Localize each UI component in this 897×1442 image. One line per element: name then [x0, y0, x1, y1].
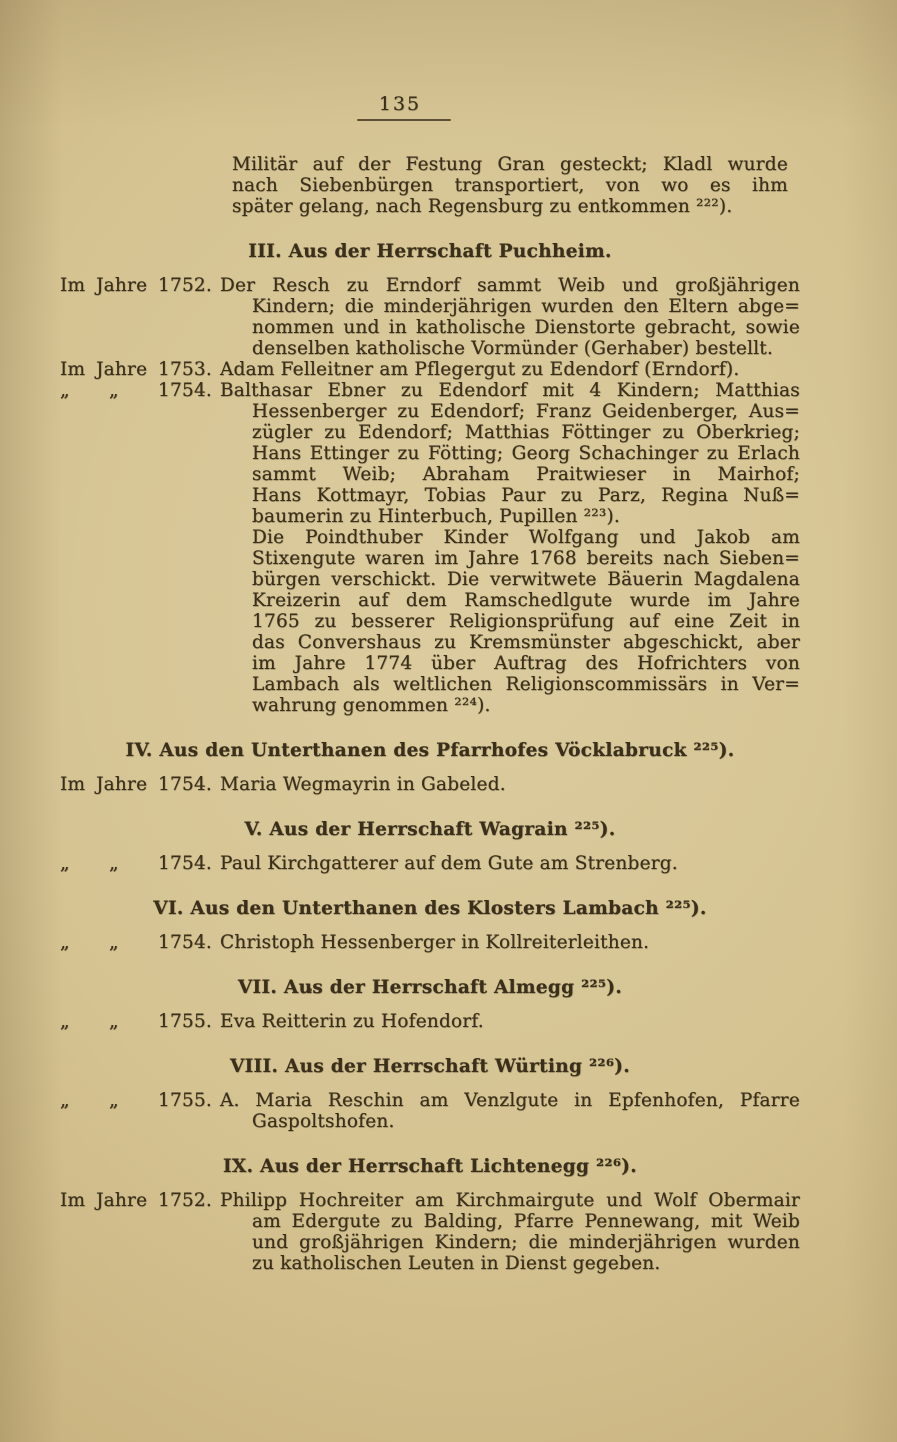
entry-label-word: 1755. [158, 1011, 212, 1032]
text-block: 135 Militär auf der Festung Gran gesteck… [60, 94, 800, 1274]
entry-label-word: „ [109, 853, 119, 874]
text-line: Eva Reitterin zu Hofendorf. [220, 1011, 800, 1032]
entry-text: Maria Wegmayrin in Gabeled. [220, 774, 800, 795]
entry-label-word: „ [60, 380, 70, 401]
text-line: und großjährigen Kindern; die minderjähr… [220, 1232, 800, 1253]
entry-year-label: ImJahre1754. [60, 774, 212, 795]
text-line: Hans Kottmayr, Tobias Paur zu Parz, Regi… [220, 485, 800, 506]
page-number: 135 [379, 94, 421, 115]
text-line: zu katholischen Leuten in Dienst gegeben… [220, 1253, 800, 1274]
register-section: III. Aus der Herrschaft Puchheim.ImJahre… [60, 241, 800, 716]
text-line: bürgen verschickt. Die verwitwete Bäueri… [220, 569, 800, 590]
entry-label-word: „ [60, 932, 70, 953]
entry-label-word: 1752. [158, 275, 212, 296]
ink-speck [308, 988, 312, 992]
entry-paragraph: Maria Wegmayrin in Gabeled. [220, 774, 800, 795]
entry-text: Paul Kirchgatterer auf dem Gute am Stren… [220, 853, 800, 874]
entry-year-label: „„1755. [60, 1090, 212, 1111]
register-section: V. Aus der Herrschaft Wagrain ²²⁵).„„175… [60, 819, 800, 874]
text-line: Christoph Hessenberger in Kollreiterleit… [220, 932, 800, 953]
entry-text: A. Maria Reschin am Venzlgute in Epfenho… [220, 1090, 800, 1132]
entry-label-word: 1754. [158, 380, 212, 401]
text-line: sammt Weib; Abraham Praitwieser in Mairh… [220, 464, 800, 485]
entry-text: Eva Reitterin zu Hofendorf. [220, 1011, 800, 1032]
text-line: Die Poindthuber Kinder Wolfgang und Jako… [220, 527, 800, 548]
entry-year-label: „„1754. [60, 380, 212, 401]
entry-label-word: Jahre [96, 774, 147, 795]
entry-text: Christoph Hessenberger in Kollreiterleit… [220, 932, 800, 953]
entry-text: Adam Felleitner am Pflegergut zu Edendor… [220, 359, 800, 380]
scanned-book-page: 135 Militär auf der Festung Gran gesteck… [0, 0, 897, 1442]
entry-label-word: 1755. [158, 1090, 212, 1111]
entry-label-word: Im [60, 359, 85, 380]
text-line: Paul Kirchgatterer auf dem Gute am Stren… [220, 853, 800, 874]
text-line: 1765 zu besserer Religionsprüfung auf ei… [220, 611, 800, 632]
intro-paragraph: Militär auf der Festung Gran gesteckt; K… [232, 154, 788, 217]
register-entry: ImJahre1752.Der Resch zu Erndorf sammt W… [60, 275, 800, 359]
entry-label-word: 1754. [158, 932, 212, 953]
entry-paragraph: Die Poindthuber Kinder Wolfgang und Jako… [220, 527, 800, 716]
text-line: Lambach als weltlichen Religionscommissä… [220, 674, 800, 695]
text-line: Hessenberger zu Edendorf; Franz Geidenbe… [220, 401, 800, 422]
text-line: Gaspoltshofen. [220, 1111, 800, 1132]
register-section: VI. Aus den Unterthanen des Klosters Lam… [60, 898, 800, 953]
entry-label-word: „ [109, 1011, 119, 1032]
page-header: 135 [60, 94, 800, 121]
entry-label-word: „ [109, 380, 119, 401]
text-line: am Edergute zu Balding, Pfarre Pennewang… [220, 1211, 800, 1232]
section-heading: IV. Aus den Unterthanen des Pfarrhofes V… [60, 740, 800, 761]
text-line: denselben katholische Vormünder (Gerhabe… [220, 338, 800, 359]
intro-line: später gelang, nach Regensburg zu entkom… [232, 196, 788, 217]
entry-year-label: „„1754. [60, 932, 212, 953]
text-line: Maria Wegmayrin in Gabeled. [220, 774, 800, 795]
entry-label-word: 1752. [158, 1190, 212, 1211]
register-entry: „„1754.Christoph Hessenberger in Kollrei… [60, 932, 800, 953]
entry-label-word: Im [60, 1190, 85, 1211]
text-line: Kreizerin auf dem Ramschedlgute wurde im… [220, 590, 800, 611]
section-heading: VI. Aus den Unterthanen des Klosters Lam… [60, 898, 800, 919]
entry-text: Der Resch zu Erndorf sammt Weib und groß… [220, 275, 800, 359]
entry-label-word: „ [60, 853, 70, 874]
entry-paragraph: Adam Felleitner am Pflegergut zu Edendor… [220, 359, 800, 380]
entry-paragraph: Christoph Hessenberger in Kollreiterleit… [220, 932, 800, 953]
text-line: Hans Ettinger zu Fötting; Georg Schachin… [220, 443, 800, 464]
register-entry: ImJahre1754.Maria Wegmayrin in Gabeled. [60, 774, 800, 795]
entry-year-label: „„1754. [60, 853, 212, 874]
entry-paragraph: Philipp Hochreiter am Kirchmairgute und … [220, 1190, 800, 1274]
text-line: das Convershaus zu Kremsmünster abgeschi… [220, 632, 800, 653]
section-heading: V. Aus der Herrschaft Wagrain ²²⁵). [60, 819, 800, 840]
text-line: im Jahre 1774 über Auftrag des Hofrichte… [220, 653, 800, 674]
register-entry: „„1755.Eva Reitterin zu Hofendorf. [60, 1011, 800, 1032]
text-line: A. Maria Reschin am Venzlgute in Epfenho… [220, 1090, 800, 1111]
text-line: Kindern; die minderjährigen wurden den E… [220, 296, 800, 317]
entry-label-word: Jahre [96, 1190, 147, 1211]
text-line: zügler zu Edendorf; Matthias Föttinger z… [220, 422, 800, 443]
entry-label-word: „ [60, 1011, 70, 1032]
register-entry: „„1755.A. Maria Reschin am Venzlgute in … [60, 1090, 800, 1132]
register-entry: „„1754.Paul Kirchgatterer auf dem Gute a… [60, 853, 800, 874]
sections: III. Aus der Herrschaft Puchheim.ImJahre… [60, 241, 800, 1274]
register-entry: „„1754.Balthasar Ebner zu Edendorf mit 4… [60, 380, 800, 716]
section-heading: VII. Aus der Herrschaft Almegg ²²⁵). [60, 977, 800, 998]
text-line: wahrung genommen ²²⁴). [220, 695, 800, 716]
entry-year-label: ImJahre1752. [60, 275, 212, 296]
register-entry: ImJahre1753.Adam Felleitner am Pflegergu… [60, 359, 800, 380]
text-line: Der Resch zu Erndorf sammt Weib und groß… [220, 275, 800, 296]
entry-year-label: ImJahre1752. [60, 1190, 212, 1211]
entry-paragraph: Balthasar Ebner zu Edendorf mit 4 Kinder… [220, 380, 800, 527]
register-section: IV. Aus den Unterthanen des Pfarrhofes V… [60, 740, 800, 795]
entry-text: Philipp Hochreiter am Kirchmairgute und … [220, 1190, 800, 1274]
entry-year-label: „„1755. [60, 1011, 212, 1032]
text-line: Stixengute waren im Jahre 1768 bereits n… [220, 548, 800, 569]
entry-label-word: Im [60, 774, 85, 795]
intro-line: Militär auf der Festung Gran gesteckt; K… [232, 154, 788, 175]
text-line: Philipp Hochreiter am Kirchmairgute und … [220, 1190, 800, 1211]
register-section: VII. Aus der Herrschaft Almegg ²²⁵).„„17… [60, 977, 800, 1032]
entry-label-word: 1754. [158, 774, 212, 795]
entry-label-word: 1753. [158, 359, 212, 380]
entry-label-word: 1754. [158, 853, 212, 874]
register-section: IX. Aus der Herrschaft Lichtenegg ²²⁶).I… [60, 1156, 800, 1274]
entry-label-word: Jahre [96, 275, 147, 296]
text-line: Balthasar Ebner zu Edendorf mit 4 Kinder… [220, 380, 800, 401]
entry-paragraph: Der Resch zu Erndorf sammt Weib und groß… [220, 275, 800, 359]
section-heading: IX. Aus der Herrschaft Lichtenegg ²²⁶). [60, 1156, 800, 1177]
entry-year-label: ImJahre1753. [60, 359, 212, 380]
intro-line: nach Siebenbürgen transportiert, von wo … [232, 175, 788, 196]
entry-paragraph: A. Maria Reschin am Venzlgute in Epfenho… [220, 1090, 800, 1132]
entry-label-word: „ [109, 1090, 119, 1111]
page-number-underline [357, 119, 451, 121]
entry-label-word: Im [60, 275, 85, 296]
section-heading: III. Aus der Herrschaft Puchheim. [60, 241, 800, 262]
register-entry: ImJahre1752.Philipp Hochreiter am Kirchm… [60, 1190, 800, 1274]
section-heading: VIII. Aus der Herrschaft Würting ²²⁶). [60, 1056, 800, 1077]
entry-paragraph: Paul Kirchgatterer auf dem Gute am Stren… [220, 853, 800, 874]
text-line: nommen und in katholische Dienstorte geb… [220, 317, 800, 338]
entry-label-word: „ [109, 932, 119, 953]
register-section: VIII. Aus der Herrschaft Würting ²²⁶).„„… [60, 1056, 800, 1132]
entry-text: Balthasar Ebner zu Edendorf mit 4 Kinder… [220, 380, 800, 716]
text-line: Adam Felleitner am Pflegergut zu Edendor… [220, 359, 800, 380]
entry-label-word: Jahre [96, 359, 147, 380]
entry-label-word: „ [60, 1090, 70, 1111]
text-line: baumerin zu Hinterbuch, Pupillen ²²³). [220, 506, 800, 527]
entry-paragraph: Eva Reitterin zu Hofendorf. [220, 1011, 800, 1032]
